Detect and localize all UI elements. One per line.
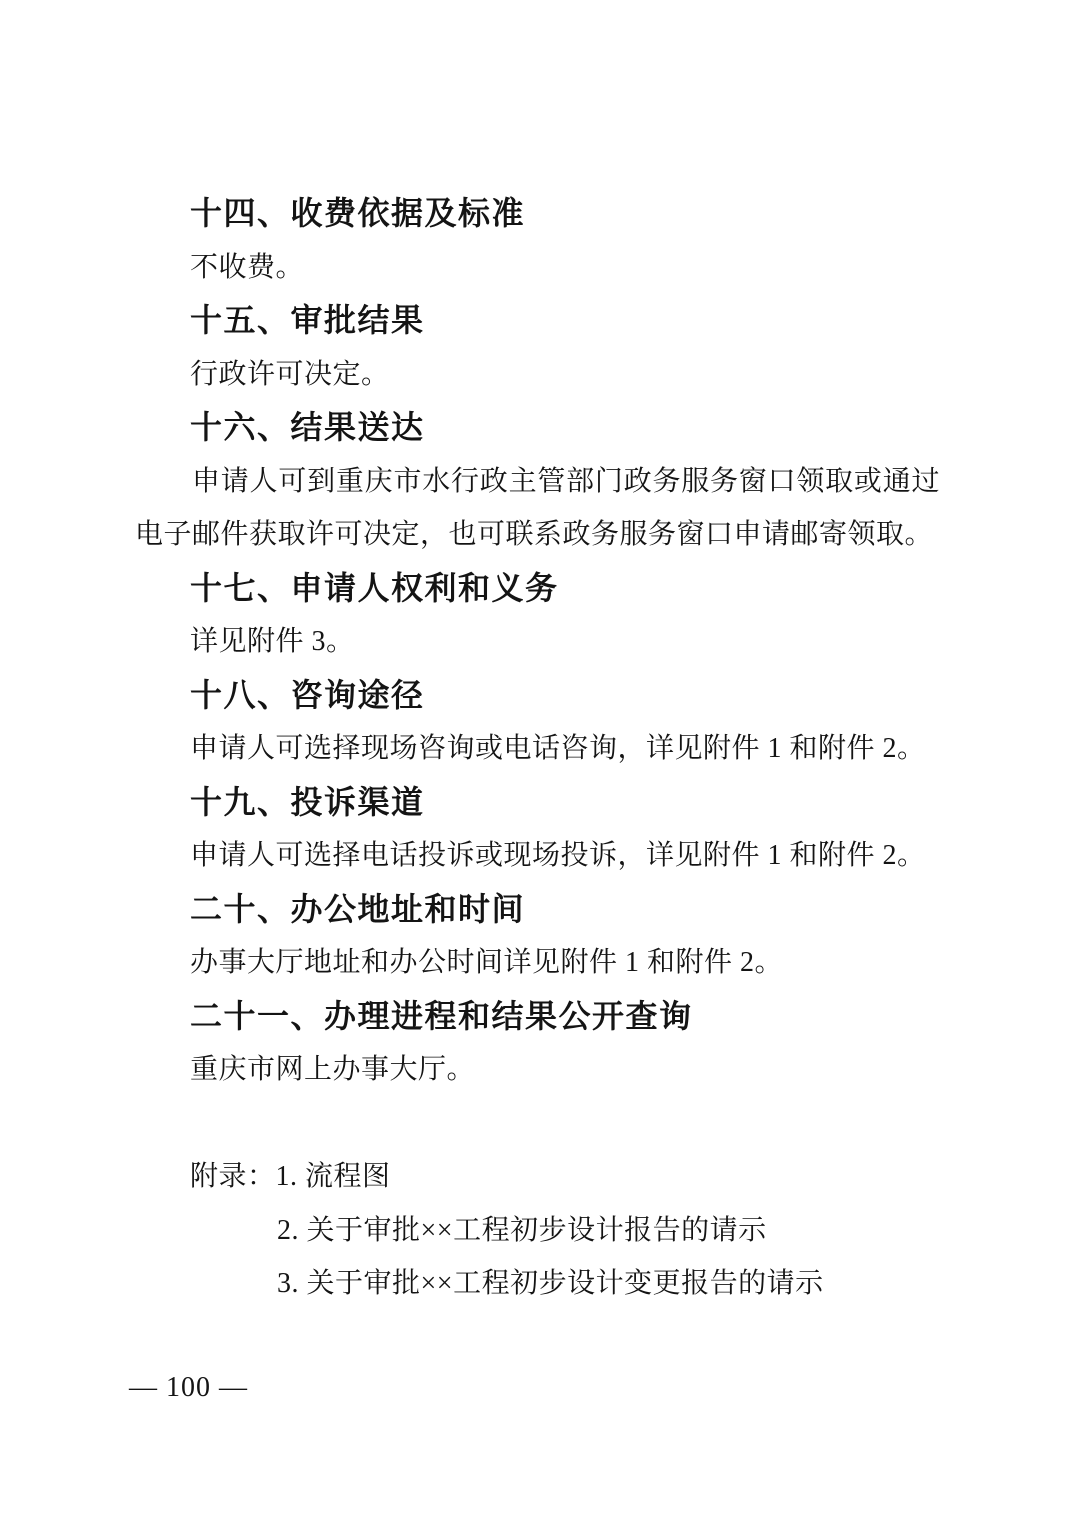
- section-17-heading: 十七、申请人权利和义务: [135, 562, 940, 616]
- section-19-body: 申请人可选择电话投诉或现场投诉，详见附件 1 和附件 2。: [135, 829, 940, 883]
- section-19-heading: 十九、投诉渠道: [135, 776, 940, 830]
- section-18-heading: 十八、咨询途径: [135, 669, 940, 723]
- appendix-item-2: 2. 关于审批××工程初步设计报告的请示: [135, 1204, 940, 1258]
- appendix-line-1: 附录：1. 流程图: [135, 1150, 940, 1204]
- document-page: 十四、收费依据及标准 不收费。 十五、审批结果 行政许可决定。 十六、结果送达 …: [0, 0, 1074, 1414]
- blank-line: [135, 1097, 940, 1151]
- section-20-heading: 二十、办公地址和时间: [135, 883, 940, 937]
- appendix-item-3: 3. 关于审批××工程初步设计变更报告的请示: [135, 1257, 940, 1311]
- section-15-body: 行政许可决定。: [135, 348, 940, 402]
- section-16-heading: 十六、结果送达: [135, 401, 940, 455]
- section-21-body: 重庆市网上办事大厅。: [135, 1043, 940, 1097]
- section-16-body: 申请人可到重庆市水行政主管部门政务服务窗口领取或通过电子邮件获取许可决定，也可联…: [135, 455, 940, 562]
- section-21-heading: 二十一、办理进程和结果公开查询: [135, 990, 940, 1044]
- section-20-body: 办事大厅地址和办公时间详见附件 1 和附件 2。: [135, 936, 940, 990]
- appendix-item-1: 1. 流程图: [276, 1161, 391, 1192]
- section-17-body: 详见附件 3。: [135, 615, 940, 669]
- section-14-body: 不收费。: [135, 241, 940, 295]
- section-14-heading: 十四、收费依据及标准: [135, 187, 940, 241]
- section-15-heading: 十五、审批结果: [135, 294, 940, 348]
- appendix-label: 附录：: [190, 1161, 276, 1192]
- page-number: — 100 —: [129, 1361, 940, 1415]
- section-18-body: 申请人可选择现场咨询或电话咨询，详见附件 1 和附件 2。: [135, 722, 940, 776]
